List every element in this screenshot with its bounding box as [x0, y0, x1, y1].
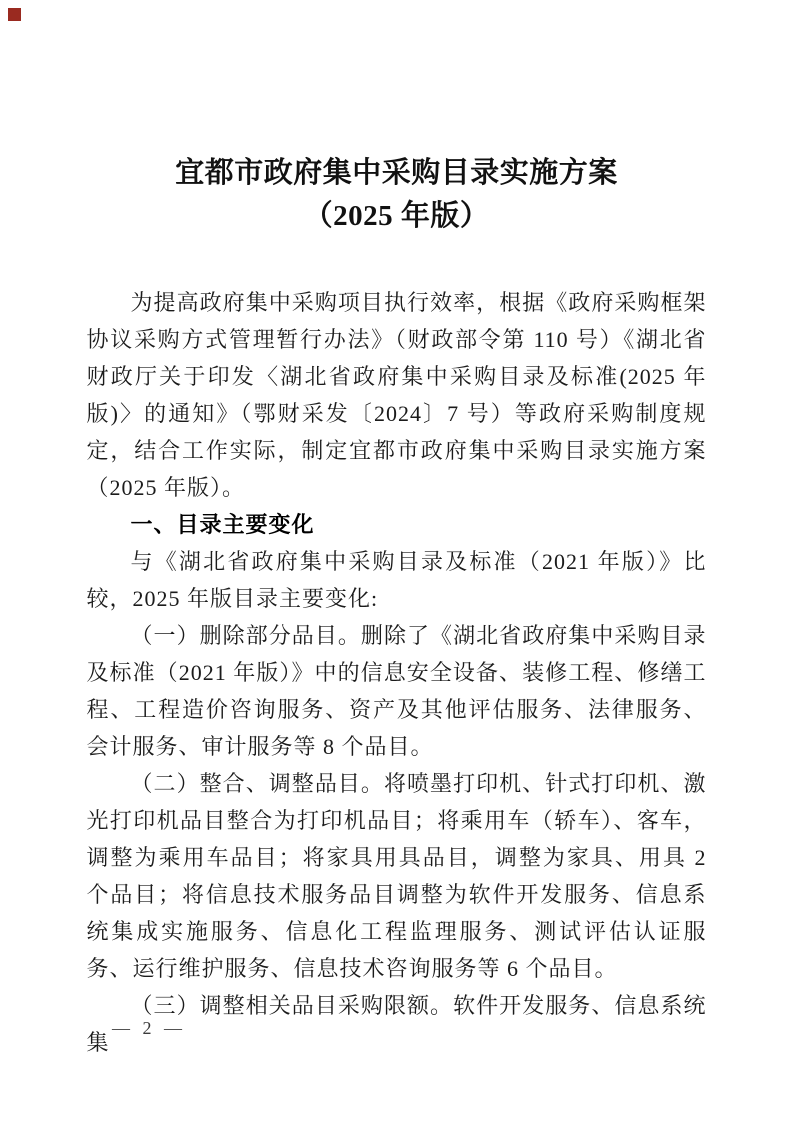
- paragraph-item-1: （一）删除部分品目。删除了《湖北省政府集中采购目录及标准（2021 年版）》中的…: [87, 617, 707, 765]
- red-corner-mark: [8, 8, 21, 21]
- document-title: 宜都市政府集中采购目录实施方案 （2025 年版）: [0, 19, 793, 238]
- paragraph-overview: 与《湖北省政府集中采购目录及标准（2021 年版）》比较，2025 年版目录主要…: [87, 543, 707, 617]
- intro-paragraph: 为提高政府集中采购项目执行效率，根据《政府采购框架协议采购方式管理暂行办法》（财…: [87, 284, 707, 506]
- title-line-2: （2025 年版）: [0, 195, 793, 238]
- page-number: — 2 —: [112, 1018, 186, 1039]
- paragraph-item-2: （二）整合、调整品目。将喷墨打印机、针式打印机、激光打印机品目整合为打印机品目；…: [87, 765, 707, 987]
- section-heading: 一、目录主要变化: [87, 506, 707, 543]
- title-line-1: 宜都市政府集中采购目录实施方案: [0, 152, 793, 195]
- document-body: 为提高政府集中采购项目执行效率，根据《政府采购框架协议采购方式管理暂行办法》（财…: [87, 284, 707, 1061]
- document-page: 宜都市政府集中采购目录实施方案 （2025 年版） 为提高政府集中采购项目执行效…: [0, 0, 793, 1122]
